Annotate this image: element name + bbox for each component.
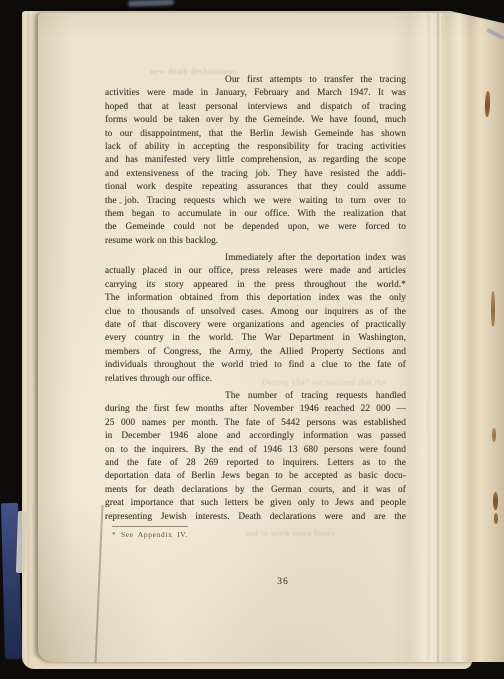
text-line: resume work on this backlog. [105,235,406,248]
foxing-spot [494,513,498,524]
text-line: them began to accumulate in our office. … [105,208,406,221]
page-number: 36 [263,577,303,587]
gutter-page-edge [437,13,441,662]
text-line: great importance that such letters be gi… [105,497,406,510]
text-line: and the fate of 28 269 reported to inqui… [105,457,406,470]
text-block: Our first attempts to transfer the traci… [105,74,406,528]
text-line: individuals throughout the world tried t… [105,359,406,372]
corner-crease [95,505,104,663]
text-line: date of that discovery were organization… [105,319,406,332]
paragraph: Our first attempts to transfer the traci… [105,74,406,248]
text-line: the job. Tracing requests which we were … [105,195,406,208]
text-line: representing Jewish interests. Death dec… [105,511,406,524]
text-line: carrying its story appeared in the press… [105,279,406,292]
showthrough-text: and to work extra hours [245,528,335,538]
text-line: on to the inquirers. By the end of 1946 … [105,444,406,457]
text-line: members of Congress, the Army, the Allie… [105,346,406,359]
binding-thread [128,0,174,7]
text-line: to our disappointment, that the Berlin J… [105,128,406,141]
text-line: and has manifested very little comprehen… [105,154,406,167]
text-line: in December 1946 alone and accordingly i… [105,430,406,443]
text-line: The information obtained from this depor… [105,292,406,305]
text-line: forms would be taken over by the Gemeind… [105,114,406,127]
text-line: actually placed in our office, press rel… [105,265,406,278]
text-line: the Gemeinde could not be depended upon,… [105,221,406,234]
text-line: ments for death declarations by the Germ… [105,484,406,497]
book-page: new death declarations During 1947 we re… [38,13,504,662]
foxing-spot [491,291,495,327]
book-scan-photo: new death declarations During 1947 we re… [0,0,504,679]
text-line: The number of tracing requests handled [105,390,406,403]
text-line: relatives through our office. [105,373,406,386]
text-line: activities were made in January, Februar… [105,87,406,100]
text-line: clue to thousands of unsolved cases. Amo… [105,306,406,319]
text-line: Immediately after the deportation index … [105,252,406,265]
text-line: every country in the world. The War Depa… [105,332,406,345]
text-line: lack of ability in accepting the respons… [105,141,406,154]
footnote: * See Appendix IV. [112,530,188,539]
foxing-spot [492,428,496,442]
text-line: and extensiveness of the tracing job. Th… [105,168,406,181]
text-line: 25 000 names per month. The fate of 5442… [105,417,406,430]
paragraph: Immediately after the deportation index … [105,252,406,386]
page-crease [427,13,430,662]
foxing-spot [493,492,498,510]
footnote-rule [112,526,188,527]
text-line: during the first few months after Novemb… [105,403,406,416]
text-line: tional work despite repeating assurances… [105,181,406,194]
text-line: hoped that at least personal interviews … [105,101,406,114]
text-line: deportation data of Berlin Jews began to… [105,470,406,483]
text-line: Our first attempts to transfer the traci… [105,74,406,87]
paragraph: The number of tracing requests handleddu… [105,390,406,524]
